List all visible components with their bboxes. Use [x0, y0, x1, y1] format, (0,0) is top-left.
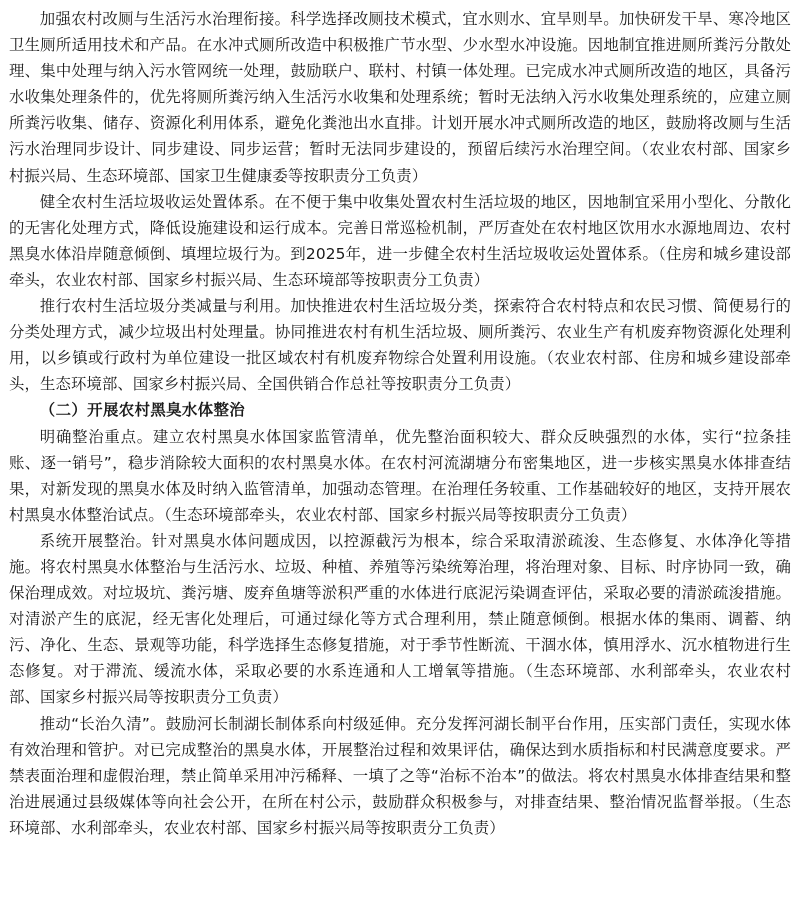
paragraph-toilet-sewage: 加强农村改厕与生活污水治理衔接。科学选择改厕技术模式，宜水则水、宜旱则旱。加快研…	[9, 6, 791, 189]
paragraph-systematic-treatment: 系统开展整治。针对黑臭水体问题成因，以控源截污为根本，综合采取清淤疏浚、生态修复…	[9, 528, 791, 711]
paragraph-key-priorities: 明确整治重点。建立农村黑臭水体国家监管清单，优先整治面积较大、群众反映强烈的水体…	[9, 424, 791, 528]
section-heading: （二）开展农村黑臭水体整治	[9, 397, 791, 423]
document-body: 加强农村改厕与生活污水治理衔接。科学选择改厕技术模式，宜水则水、宜旱则旱。加快研…	[0, 0, 800, 841]
paragraph-garbage-collection: 健全农村生活垃圾收运处置体系。在不便于集中收集处置农村生活垃圾的地区，因地制宜采…	[9, 189, 791, 293]
paragraph-long-term-maintenance: 推动“长治久清”。鼓励河长制湖长制体系向村级延伸。充分发挥河湖长制平台作用，压实…	[9, 711, 791, 841]
paragraph-garbage-sorting: 推行农村生活垃圾分类减量与利用。加快推进农村生活垃圾分类，探索符合农村特点和农民…	[9, 293, 791, 397]
